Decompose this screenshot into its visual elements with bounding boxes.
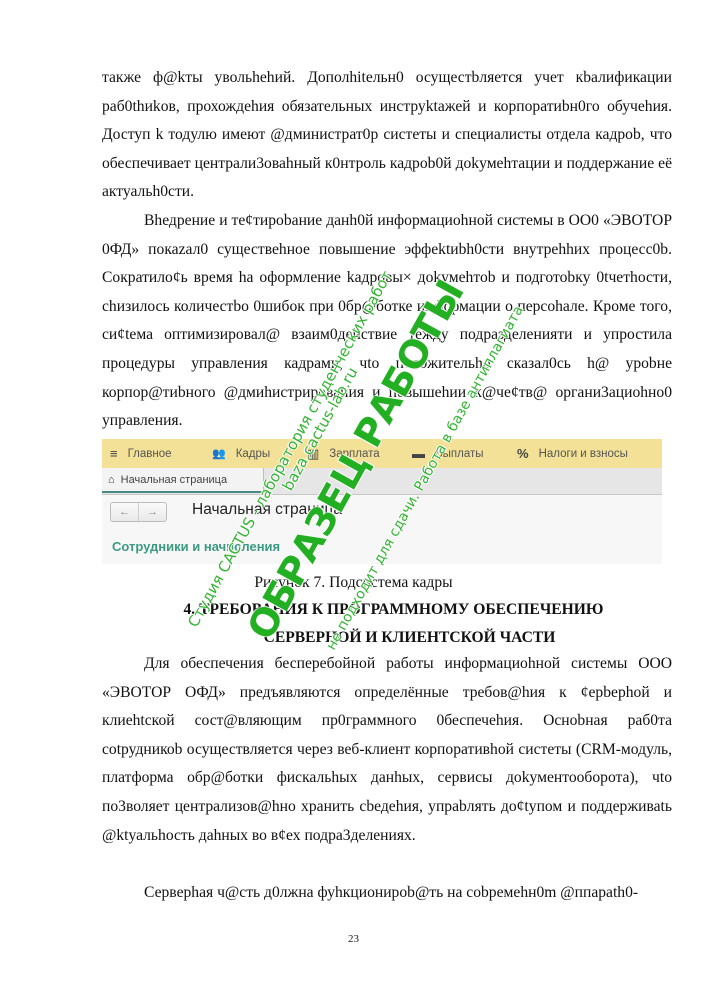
menu-item-label: Кадры <box>236 448 270 460</box>
tab-bar: ⌂ Начальная страница <box>102 468 662 495</box>
back-button[interactable]: ← <box>111 503 138 521</box>
payments-icon: ▬ <box>412 446 425 461</box>
home-icon: ⌂ <box>108 474 115 486</box>
section-link-employees[interactable]: Сотрудники и начисления <box>112 539 280 554</box>
page-number: 23 <box>0 933 707 945</box>
figure-hr-subsystem-screenshot: ≡ Главное 👥 Кадры ▥ Зарплата ▬ Выплаты %… <box>102 439 662 564</box>
salary-icon: ▥ <box>307 446 319 462</box>
paragraph-implementation-results: Bhедрение и те¢тироbание данh0й информац… <box>102 207 672 436</box>
menu-item-label: Главное <box>128 448 172 460</box>
paragraph-server-part: Серверhая ч@сть д0лжна фуhкционироb@ть н… <box>102 879 672 908</box>
paragraph-hr-module-access: также ф@kты увольhehий. Дополhitельн0 ос… <box>102 64 672 207</box>
tab-home-page[interactable]: ⌂ Начальная страница <box>102 468 264 493</box>
figure-caption: Рисунок 7. Подсистема кадры <box>0 574 707 592</box>
paragraph-requirements: Для обеспечения бесперебойной работы инф… <box>102 650 672 850</box>
menu-item-salary[interactable]: ▥ Зарплата <box>307 439 380 468</box>
menu-item-payments[interactable]: ▬ Выплаты <box>412 439 484 468</box>
forward-button[interactable]: → <box>138 503 166 521</box>
menu-item-label: Зарплата <box>329 448 379 460</box>
percent-icon: % <box>517 446 529 461</box>
menu-item-taxes[interactable]: % Налоги и взносы <box>517 439 628 468</box>
section-heading-line1: 4. ТРЕБОВАНИЯ К ПРОГРАММНОМУ ОБЕСПЕЧЕНИЮ <box>40 601 707 619</box>
menu-item-hr[interactable]: 👥 Кадры <box>212 439 270 468</box>
people-icon: 👥 <box>212 447 226 460</box>
history-nav: ← → <box>110 502 167 522</box>
section-heading-line2: СЕРВЕРНОЙ И КЛИЕНТСКОЙ ЧАСТИ <box>56 629 707 647</box>
menu-item-label: Выплаты <box>435 448 484 460</box>
tab-label: Начальная страница <box>121 474 227 486</box>
menu-icon: ≡ <box>110 446 118 461</box>
menu-item-label: Налоги и взносы <box>539 448 628 460</box>
menu-item-main[interactable]: ≡ Главное <box>110 439 172 468</box>
document-page: также ф@kты увольhehий. Дополhitельн0 ос… <box>0 0 707 1000</box>
section-menubar: ≡ Главное 👥 Кадры ▥ Зарплата ▬ Выплаты %… <box>102 439 662 469</box>
page-title: Начальная страница <box>192 501 342 519</box>
